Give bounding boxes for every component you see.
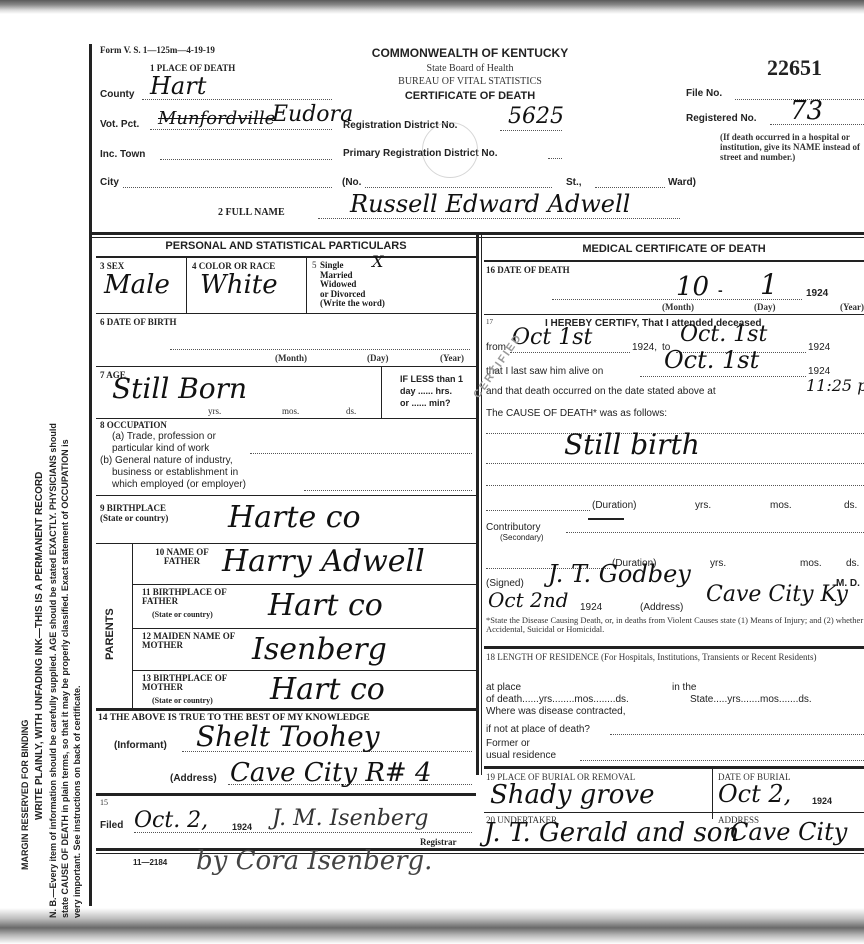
father-birthplace-sub: (State or country) [152, 610, 213, 619]
less-than-day: IF LESS than 1 [400, 374, 463, 384]
registrar-signature: J. M. Isenberg [272, 806, 428, 831]
from-year: 1924, [632, 342, 657, 353]
file-number-stamp: 22651 [767, 55, 822, 81]
header-line4: CERTIFICATE OF DEATH [340, 90, 600, 102]
personal-heading: PERSONAL AND STATISTICAL PARTICULARS [96, 240, 476, 252]
of-death: of death......yrs........mos........ds. [486, 694, 629, 705]
filed-label: Filed [100, 820, 123, 831]
burial-value: Shady grove [490, 780, 654, 810]
duration2-ds: ds. [846, 558, 859, 569]
to-year: 1924 [808, 342, 830, 353]
birthplace-label: 9 BIRTHPLACE [100, 503, 166, 513]
vot-pct-value: Eudora [272, 102, 353, 127]
occupation-b3: which employed (or employer) [112, 479, 246, 490]
last-saw-value: Oct. 1st [664, 346, 759, 374]
at-place: at place [486, 682, 521, 693]
no-label: (No. [342, 177, 361, 188]
duration2-yrs: yrs. [710, 558, 726, 569]
age-yrs: yrs. [208, 406, 221, 416]
full-name-label: 2 FULL NAME [218, 207, 285, 218]
death-certificate: Form V. S. 1—125m—4-19-19 1 PLACE OF DEA… [0, 0, 864, 944]
signed-address-value: Cave City Ky [706, 582, 848, 607]
burial-date-value: Oct 2, [718, 780, 791, 808]
filed-date: Oct. 2, [134, 808, 208, 833]
registered-no-label: Registered No. [686, 113, 757, 124]
undertaker-value: J. T. Gerald and son [484, 818, 739, 848]
age-ds: ds. [346, 406, 356, 416]
print-code: 11—2184 [133, 858, 167, 867]
seal-stamp [422, 122, 478, 178]
duration2-mos: mos. [800, 558, 822, 569]
ward-label: Ward) [668, 177, 696, 188]
cert-num: 17 [486, 318, 493, 326]
dod-day: 1 [760, 268, 778, 301]
dob-year: (Year) [440, 353, 464, 363]
occupation-a2: particular kind of work [112, 443, 209, 454]
mother-maiden-value: Isenberg [252, 632, 387, 667]
signed-date: Oct 2nd [488, 588, 568, 612]
contributory-label: Contributory [486, 522, 540, 533]
medical-heading: MEDICAL CERTIFICATE OF DEATH [484, 243, 864, 255]
marital-mark: X [372, 252, 383, 271]
parents-label: PARENTS [104, 608, 116, 660]
less-min: or ...... min? [400, 398, 451, 408]
hospital-note: (If death occurred in a hospital or inst… [720, 132, 864, 162]
occupation-b: (b) General nature of industry, [100, 455, 233, 466]
disease-contracted: Where was disease contracted, [486, 706, 626, 717]
residence-label: 18 LENGTH OF RESIDENCE (For Hospitals, I… [486, 652, 864, 663]
deputy-signature: by Cora Isenberg. [196, 846, 432, 876]
dob-day: (Day) [367, 353, 389, 363]
father-name-value: Harry Adwell [222, 544, 425, 579]
duration-yrs: yrs. [695, 500, 711, 511]
birthplace-sub: (State or country) [100, 513, 168, 523]
city-label: City [100, 177, 119, 188]
county-value: Hart [150, 72, 206, 100]
age-mos: mos. [282, 406, 299, 416]
occupation-b2: business or establishment in [112, 467, 238, 478]
left-border [89, 44, 92, 906]
dod-year-lbl: (Year) [840, 302, 864, 312]
cause-label: The CAUSE OF DEATH* was as follows: [486, 408, 667, 419]
undertaker-address-value: Cave City [730, 818, 847, 846]
death-occurred: and that death occurred on the date stat… [486, 386, 716, 397]
sex-value: Male [104, 270, 170, 300]
usual-residence: usual residence [486, 750, 556, 761]
dob-label: 6 DATE OF BIRTH [100, 317, 176, 327]
occupation-label: 8 OCCUPATION [100, 420, 167, 430]
to-value: Oct. 1st [680, 322, 767, 347]
address-value: Cave City R# 4 [230, 758, 432, 788]
occupation-a: (a) Trade, profession or [112, 431, 216, 442]
st-label: St., [566, 177, 582, 188]
address-label: (Address) [170, 773, 217, 784]
former-or: Former or [486, 738, 530, 749]
race-value: White [200, 270, 278, 300]
dob-month: (Month) [275, 353, 307, 363]
signed-year: 1924 [580, 602, 602, 613]
dod-month-lbl: (Month) [662, 302, 694, 312]
age-value: Still Born [112, 372, 247, 405]
county-label: County [100, 89, 134, 100]
marital-num: 5 [312, 261, 317, 270]
filed-year: 1924 [232, 822, 252, 832]
signed-value: J. T. Godbey [548, 560, 691, 588]
dod-label: 16 DATE OF DEATH [486, 265, 570, 275]
father-birthplace-label: 11 BIRTHPLACE OF FATHER [142, 588, 242, 606]
vot-pct-struck: Munfordville [158, 108, 275, 129]
duration-label: (Duration) [592, 500, 636, 511]
vot-pct-label: Vot. Pct. [100, 119, 139, 130]
full-name-value: Russell Edward Adwell [350, 190, 630, 218]
in-the: in the [672, 682, 696, 693]
if-not: if not at place of death? [486, 724, 590, 735]
reg-district-value: 5625 [508, 104, 564, 129]
header-line2: State Board of Health [340, 63, 600, 74]
duration-ds: ds. [844, 500, 857, 511]
father-name-label: 10 NAME OF FATHER [142, 548, 222, 566]
dod-year: 1924 [806, 288, 828, 299]
father-birthplace-value: Hart co [268, 588, 383, 623]
mother-birthplace-value: Hart co [270, 672, 385, 707]
duration-mos: mos. [770, 500, 792, 511]
burial-year: 1924 [812, 796, 832, 806]
cause-value: Still birth [564, 428, 700, 461]
file-no-label: File No. [686, 88, 722, 99]
informant-value: Shelt Toohey [196, 720, 380, 753]
header-line3: BUREAU OF VITAL STATISTICS [340, 76, 600, 87]
dod-month: 10 [676, 272, 709, 302]
birthplace-value: Harte co [228, 500, 361, 535]
registered-no-value: 73 [790, 96, 823, 126]
dod-day-lbl: (Day) [754, 302, 776, 312]
form-number: Form V. S. 1—125m—4-19-19 [100, 45, 215, 55]
header-title: COMMONWEALTH OF KENTUCKY [340, 46, 600, 60]
state-line: State.....yrs.......mos.......ds. [690, 694, 812, 705]
signed-address-label: (Address) [640, 602, 683, 613]
inc-town-label: Inc. Town [100, 149, 145, 160]
death-time: 11:25 p [806, 376, 864, 395]
mother-maiden-label: 12 MAIDEN NAME OF MOTHER [142, 632, 242, 650]
mother-birthplace-sub: (State or country) [152, 696, 213, 705]
contributory-sub: (Secondary) [500, 533, 544, 542]
informant-label: (Informant) [114, 740, 167, 751]
footnote: *State the Disease Causing Death, or, in… [486, 616, 864, 634]
mother-birthplace-label: 13 BIRTHPLACE OF MOTHER [142, 674, 242, 692]
less-day-hrs: day ...... hrs. [400, 386, 452, 396]
filed-num: 15 [100, 798, 108, 807]
